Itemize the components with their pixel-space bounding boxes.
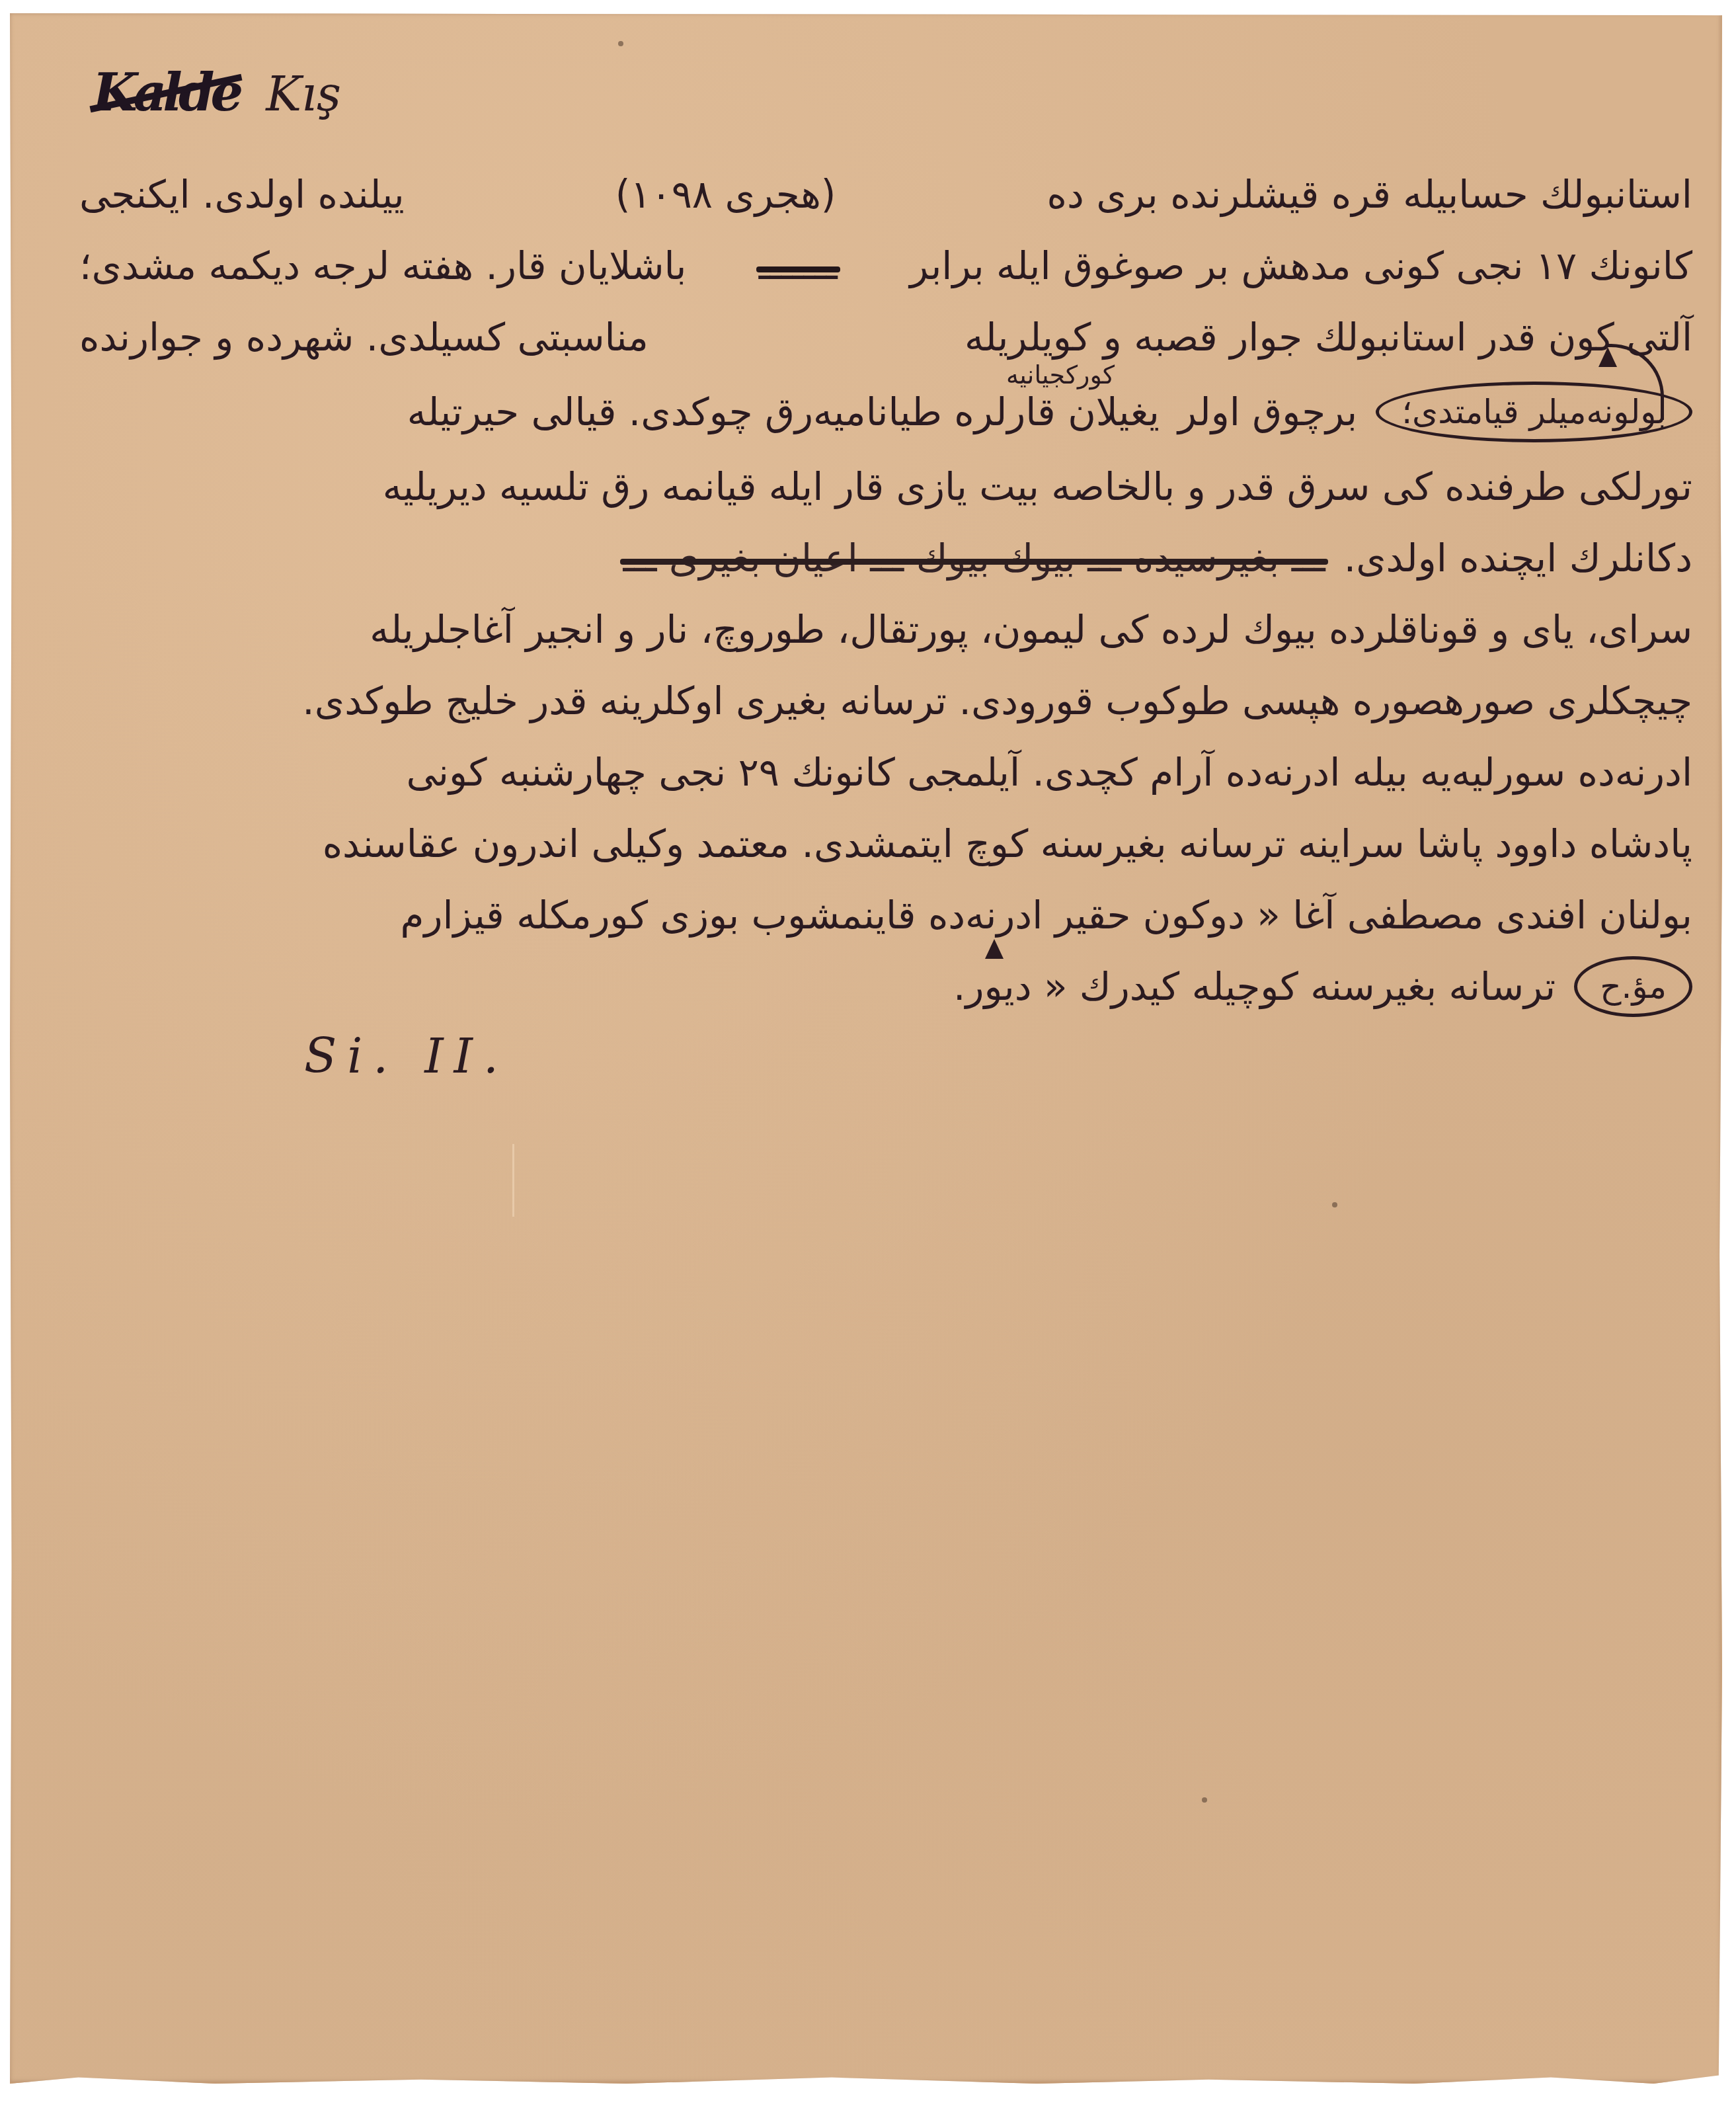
line-12-text: ترسانه بغيرسنه كوچيله كيدرك « ديور. (953, 964, 1556, 1009)
line-3-part-1: آلتى كون قدر استانبولك جوار قصبه و كويلر… (965, 315, 1692, 360)
paper-speck (618, 41, 623, 46)
text-line-6: دكانلرك ايچنده اولدى. ـــ بغيرسيده ـــ ب… (79, 522, 1692, 594)
text-line-8: چيچكلرى صورهصوره هپسى طوكوب قورودى. ترسا… (79, 665, 1692, 737)
corner-word-kis: Kış (266, 66, 341, 122)
line-6-crossed-out-passage: ـــ بغيرسيده ـــ بيوك بيوك ـــ اعيان بغي… (623, 536, 1325, 581)
line-8-text: چيچكلرى صورهصوره هپسى طوكوب قورودى. ترسا… (302, 678, 1692, 723)
corner-note: Kalde Kış (93, 63, 341, 123)
text-line-4: بولونه‌ميلر قيامتدى؛ برچوق اولر كوركجيان… (79, 373, 1692, 451)
line-4-part-1: برچوق اولر (1178, 389, 1357, 434)
line-9-text: ادرنه‌ده سورليه‌يه بيله ادرنه‌ده آرام كچ… (406, 750, 1692, 795)
crossed-out-word: Kalde (93, 63, 239, 123)
line-4-part-2: يغيلان قارلره طياناميه‌رق چوكدى. قيالى ح… (407, 389, 1160, 434)
paper-speck (1202, 1797, 1207, 1803)
text-line-11: بولنان افندى مصطفى آغا « دوكون حقير ادرن… (79, 879, 1692, 951)
text-line-9: ادرنه‌ده سورليه‌يه بيله ادرنه‌ده آرام كچ… (79, 737, 1692, 808)
archival-mark: Si. II. (304, 1028, 509, 1084)
text-line-1: استانبولك حسابيله قره قيشلرنده برى ده (ه… (79, 159, 1692, 230)
text-line-3: آلتى كون قدر استانبولك جوار قصبه و كويلر… (79, 302, 1692, 373)
interlinear-insertion: كوركجيانيه (1006, 360, 1115, 389)
paper-fold-mark (512, 1144, 514, 1217)
line-7-text: سراى، ياى و قوناقلرده بيوك لرده كى ليمون… (370, 607, 1692, 652)
insertion-caret-icon-2 (985, 939, 1004, 959)
line-4-part-1-wrap: برچوق اولر كوركجيانيه (1178, 389, 1357, 434)
manuscript-text: استانبولك حسابيله قره قيشلرنده برى ده (ه… (79, 159, 1692, 1022)
line-1-part-3: ييلنده اولدى. ايكنجى (79, 172, 405, 217)
line-2-part-1: كانونك ١٧ نجى كونى مدهش بر صوغوق ايله بر… (910, 243, 1692, 288)
line-6-text: دكانلرك ايچنده اولدى. (1344, 536, 1692, 581)
text-line-7: سراى، ياى و قوناقلرده بيوك لرده كى ليمون… (79, 594, 1692, 665)
line-3-part-2: مناسبتى كسيلدى. شهرده و جوارنده (79, 315, 649, 360)
line-1-hijri-date: (هجرى ١٠٩٨) (615, 172, 836, 217)
text-line-5: تورلكى طرفنده كى سرق قدر و بالخاصه بيت ي… (79, 451, 1692, 522)
text-line-12: مؤ.ح ترسانه بغيرسنه كوچيله كيدرك « ديور. (79, 951, 1692, 1022)
circled-source-note: مؤ.ح (1574, 956, 1692, 1017)
line-5-text: تورلكى طرفنده كى سرق قدر و بالخاصه بيت ي… (383, 464, 1692, 509)
text-line-10: پادشاه داوود پاشا سراينه ترسانه بغيرسنه … (79, 808, 1692, 879)
text-line-2: كانونك ١٧ نجى كونى مدهش بر صوغوق ايله بر… (79, 230, 1692, 302)
line-1-part-1: استانبولك حسابيله قره قيشلرنده برى ده (1047, 172, 1692, 217)
line-10-text: پادشاه داوود پاشا سراينه ترسانه بغيرسنه … (323, 821, 1692, 866)
line-11-text: بولنان افندى مصطفى آغا « دوكون حقير ادرن… (401, 893, 1693, 938)
paper-speck (1332, 1202, 1337, 1207)
line-2-crossed-out: ـــــــ (759, 243, 838, 288)
line-2-part-2: باشلايان قار. هفته لرجه ديكمه مشدى؛ (79, 243, 686, 288)
